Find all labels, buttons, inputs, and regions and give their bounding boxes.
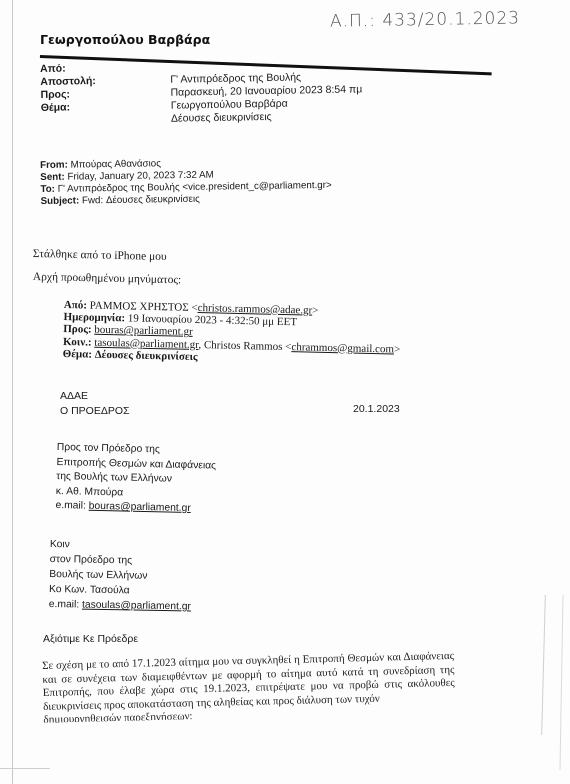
header-label — [41, 113, 171, 128]
letter-recipient: Προς τον Πρόεδρο της Επιτροπής Θεσμών κα… — [55, 441, 216, 517]
recipient-email-link[interactable]: bouras@parliament.gr — [89, 501, 191, 514]
protocol-stamp: Α.Π.: 433/20.1.2023 — [330, 8, 520, 31]
letter-sender: ΑΔΑΕ Ο ΠΡΟΕΔΡΟΣ — [60, 389, 130, 419]
scanned-page: Α.Π.: 433/20.1.2023 Γεωργοπούλου Βαρβάρα… — [0, 0, 570, 784]
letter-body: Σε σχέση με το από 17.1.2023 αίτημα μου … — [42, 650, 456, 728]
from-label: From: — [40, 160, 68, 171]
page-edge-left — [12, 0, 13, 784]
cc-email-link[interactable]: tasoulas@parliament.gr — [82, 600, 191, 613]
cc-email-line: e.mail: tasoulas@parliament.gr — [49, 597, 191, 614]
cc-separator: , Christos Rammos < — [198, 339, 291, 353]
to-label: To: — [40, 184, 55, 195]
page-edge-right-outer — [559, 595, 563, 770]
email-label: e.mail: — [49, 599, 82, 611]
date-label: Ημερομηνία: — [63, 311, 125, 324]
letter-org: ΑΔΑΕ — [60, 389, 130, 404]
bracket: > — [312, 305, 318, 317]
letter-greeting: Αξιότιμε Κε Πρόεδρε — [43, 633, 138, 645]
subject-value: Fwd: Δέουσες διευκρινίσεις — [82, 194, 200, 207]
subject-label: Subject: — [41, 195, 80, 207]
recipient-email-line: e.mail: bouras@parliament.gr — [55, 499, 215, 517]
sent-from-iphone: Στάλθηκε από το iPhone μου — [33, 248, 167, 263]
page-edge-bottom — [0, 768, 50, 769]
sent-value: Friday, January 20, 2023 7:32 AM — [67, 170, 213, 183]
letter-date: 20.1.2023 — [353, 403, 400, 415]
letter-role: Ο ΠΡΟΕΔΡΟΣ — [60, 404, 130, 419]
mailbox-owner: Γεωργοπούλου Βαρβάρα — [40, 32, 210, 47]
original-header: Από: ΡΑΜΜΟΣ ΧΡΗΣΤΟΣ <christos.rammos@ada… — [63, 299, 402, 368]
forwarded-intro: Αρχή προωθημένου μηνύματος: — [33, 271, 182, 286]
cc-email-link-2[interactable]: chrammos@gmail.com — [291, 341, 394, 355]
to-label: Προς: — [63, 323, 92, 336]
from-value: Μπούρας Αθανάσιος — [70, 158, 160, 170]
page-edge-right — [541, 595, 546, 735]
cc-label: Κοιν.: — [63, 336, 92, 349]
subject-label: Θέμα: — [63, 348, 93, 361]
sent-label: Sent: — [40, 172, 65, 183]
letter-cc: Κοιν στον Πρόεδρο της Βουλής των Ελλήνων… — [49, 537, 192, 614]
forward-header: From: Μπούρας Αθανάσιος Sent: Friday, Ja… — [40, 156, 332, 208]
outer-email-header: Από: Αποστολή:Γ' Αντιπρόεδρος της Βουλής… — [40, 57, 363, 128]
from-label: Από: — [64, 299, 87, 312]
letter-body-text: Σε σχέση με το από 17.1.2023 αίτημα μου … — [42, 650, 455, 714]
header-value: Δέουσες διευκρινίσεις — [171, 111, 272, 126]
email-label: e.mail: — [55, 500, 88, 512]
subject-value: Δέουσες διευκρινίσεις — [95, 349, 198, 363]
bracket: > — [394, 343, 400, 355]
